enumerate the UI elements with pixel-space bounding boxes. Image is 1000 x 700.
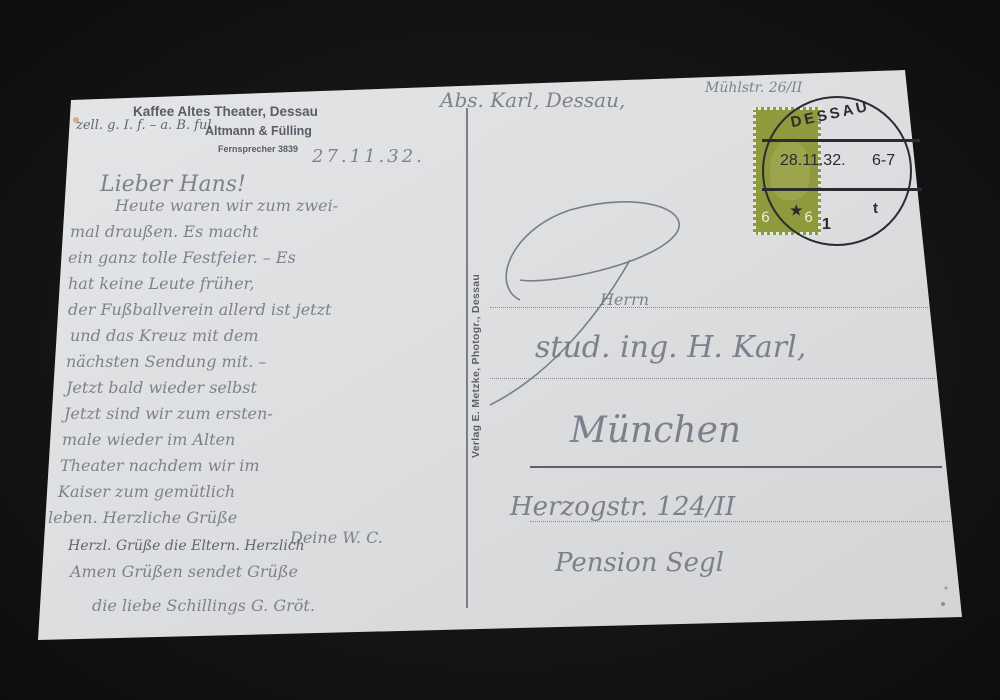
- postmark-bar: [762, 139, 920, 142]
- postscript-line: Amen Grüßen sendet Grüße: [70, 562, 298, 581]
- phone-number: Fernsprecher 3839: [218, 144, 298, 154]
- sender-line: Abs. Karl, Dessau,: [440, 88, 625, 112]
- herrn-flourish: [480, 190, 700, 420]
- postmark-code: 1: [822, 216, 831, 234]
- postscript-line: die liebe Schillings G. Gröt.: [92, 596, 315, 615]
- address-street: Herzogstr. 124/II: [510, 492, 735, 522]
- postmark-letter: t: [873, 200, 878, 217]
- postmark-date: 28.11.32.: [780, 152, 846, 170]
- message-line: hat keine Leute früher,: [68, 274, 255, 293]
- star-icon: ★: [790, 202, 803, 219]
- greeting: Lieber Hans!: [100, 172, 246, 197]
- stamp-value: 6: [761, 210, 770, 226]
- message-line: Heute waren wir zum zwei-: [115, 196, 338, 215]
- message-line: Theater nachdem wir im: [60, 456, 260, 475]
- address-underline: [530, 466, 942, 468]
- address-name: stud. ing. H. Karl,: [535, 330, 806, 365]
- center-divider: [466, 108, 468, 608]
- message-line: nächsten Sendung mit. –: [66, 352, 266, 371]
- message-date: 27.11.32.: [312, 146, 425, 167]
- message-line: Kaiser zum gemütlich: [58, 482, 235, 501]
- message-line: leben. Herzliche Grüße: [48, 508, 237, 527]
- postmark-time: 6-7: [872, 152, 895, 170]
- message-line: und das Kreuz mit dem: [70, 326, 259, 345]
- address-care-of: Pension Segl: [555, 548, 724, 578]
- address-salutation: Herrn: [600, 290, 649, 309]
- message-line: Jetzt sind wir zum ersten-: [64, 404, 273, 423]
- message-line: Jetzt bald wieder selbst: [66, 378, 257, 397]
- owners-name: Altmann & Fülling: [205, 124, 312, 138]
- message-line: der Fußballverein allerd ist jetzt: [68, 300, 331, 319]
- postscript-line: Herzl. Grüße die Eltern. Herzlich: [68, 538, 305, 554]
- message-line: mal draußen. Es macht: [70, 222, 259, 241]
- sender-line-2: Mühlstr. 26/II: [705, 80, 802, 96]
- postcard: Kaffee Altes Theater, Dessau Altmann & F…: [0, 0, 1000, 700]
- message-line: male wieder im Alten: [62, 430, 235, 449]
- corner-note: zell. g. I. f. – a. B. ful: [76, 118, 212, 133]
- business-name: Kaffee Altes Theater, Dessau: [133, 104, 318, 119]
- address-city: München: [570, 410, 741, 451]
- message-line: ein ganz tolle Festfeier. – Es: [68, 248, 296, 267]
- postmark-bar: [762, 188, 922, 191]
